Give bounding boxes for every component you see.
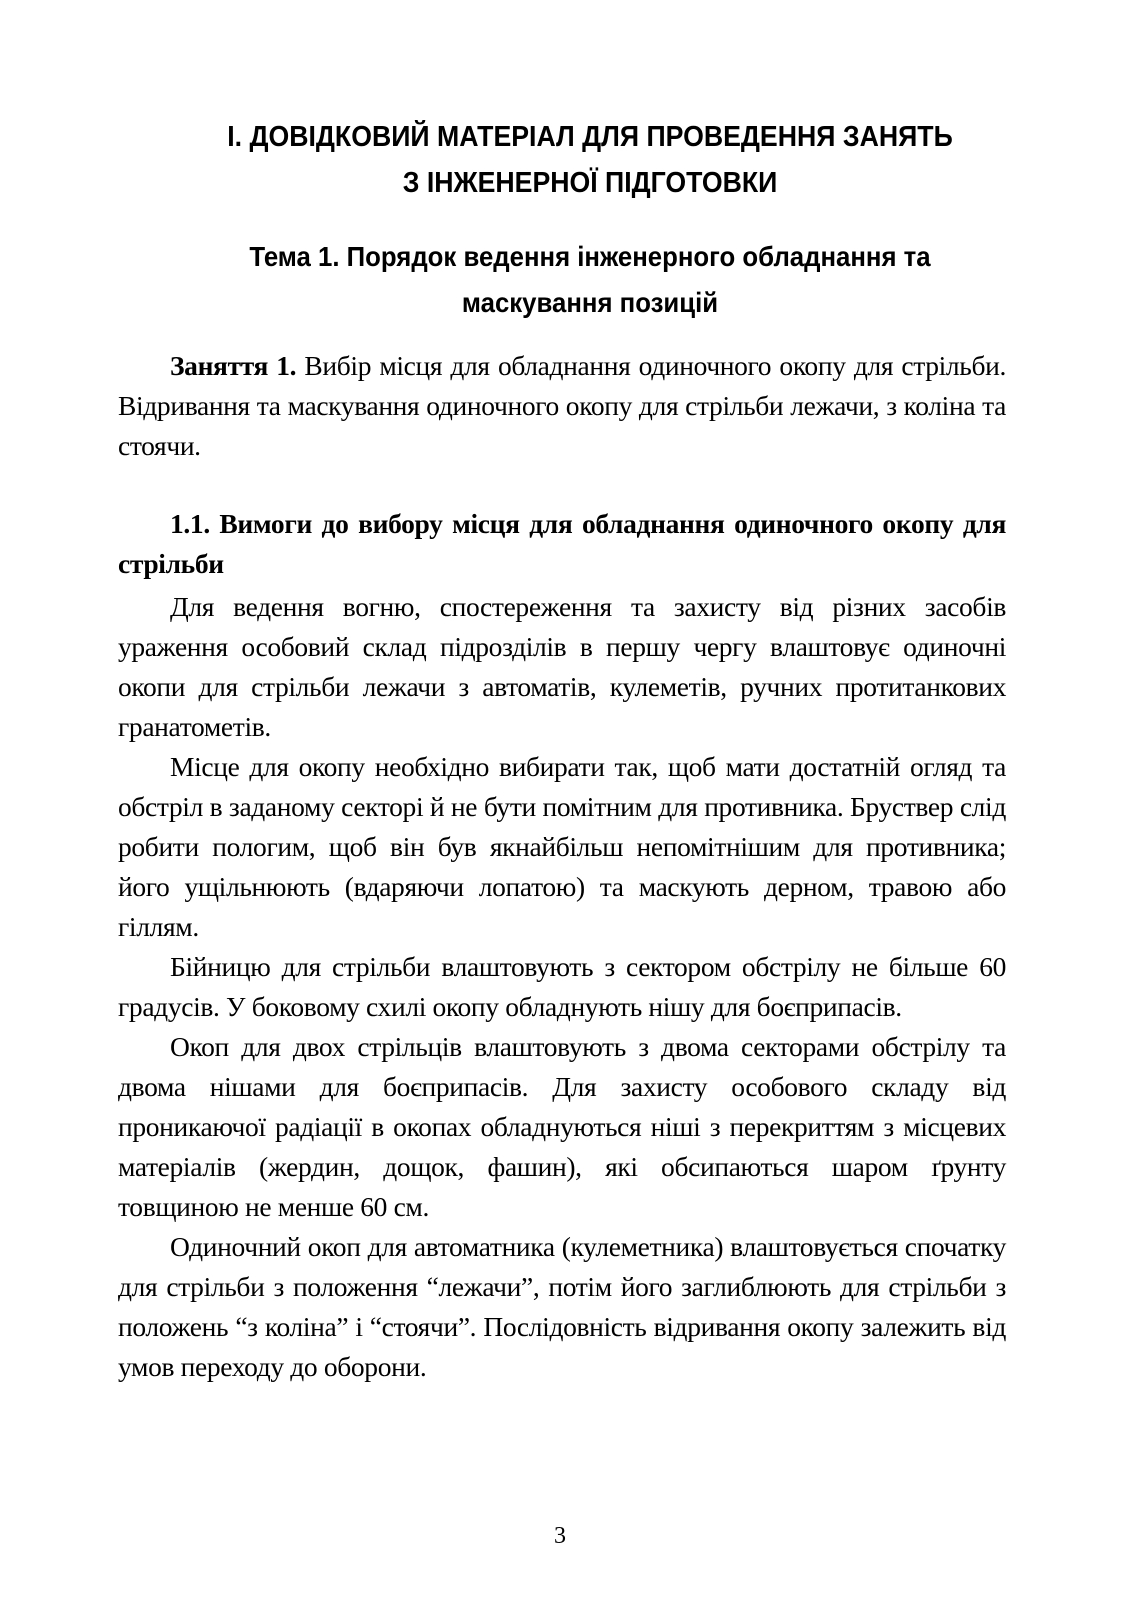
document-page: І. ДОВІДКОВИЙ МАТЕРІАЛ ДЛЯ ПРОВЕДЕННЯ ЗА… <box>0 0 1142 1615</box>
topic-title: Тема 1. Порядок ведення інженерного обла… <box>158 234 1023 326</box>
section-content: Для ведення вогню, спостереження та захи… <box>118 587 1006 1387</box>
paragraph: Одиночний окоп для автоматника (кулеметн… <box>118 1227 1006 1387</box>
topic-title-line-2: маскування позицій <box>158 280 1023 326</box>
paragraph: Для ведення вогню, спостереження та захи… <box>118 587 1006 747</box>
lesson-description: Заняття 1. Вибір місця для обладнання од… <box>118 346 1006 466</box>
section-heading: 1.1. Вимоги до вибору місця для обладнан… <box>118 504 1006 584</box>
section-heading-text: 1.1. Вимоги до вибору місця для обладнан… <box>118 504 1006 584</box>
chapter-title-line-2: З ІНЖЕНЕРНОЇ ПІДГОТОВКИ <box>158 160 1023 206</box>
lesson-label: Заняття 1. <box>170 350 296 381</box>
lesson-paragraph: Заняття 1. Вибір місця для обладнання од… <box>118 346 1006 466</box>
chapter-title-line-1: І. ДОВІДКОВИЙ МАТЕРІАЛ ДЛЯ ПРОВЕДЕННЯ ЗА… <box>158 114 1023 160</box>
page-number: 3 <box>0 1523 1120 1550</box>
topic-title-line-1: Тема 1. Порядок ведення інженерного обла… <box>158 234 1023 280</box>
paragraph: Окоп для двох стрільців влаштовують з дв… <box>118 1027 1006 1227</box>
paragraph: Місце для окопу необхідно вибирати так, … <box>118 747 1006 947</box>
paragraph: Бійницю для стрільби влаштовують з секто… <box>118 947 1006 1027</box>
chapter-title: І. ДОВІДКОВИЙ МАТЕРІАЛ ДЛЯ ПРОВЕДЕННЯ ЗА… <box>158 114 1023 206</box>
